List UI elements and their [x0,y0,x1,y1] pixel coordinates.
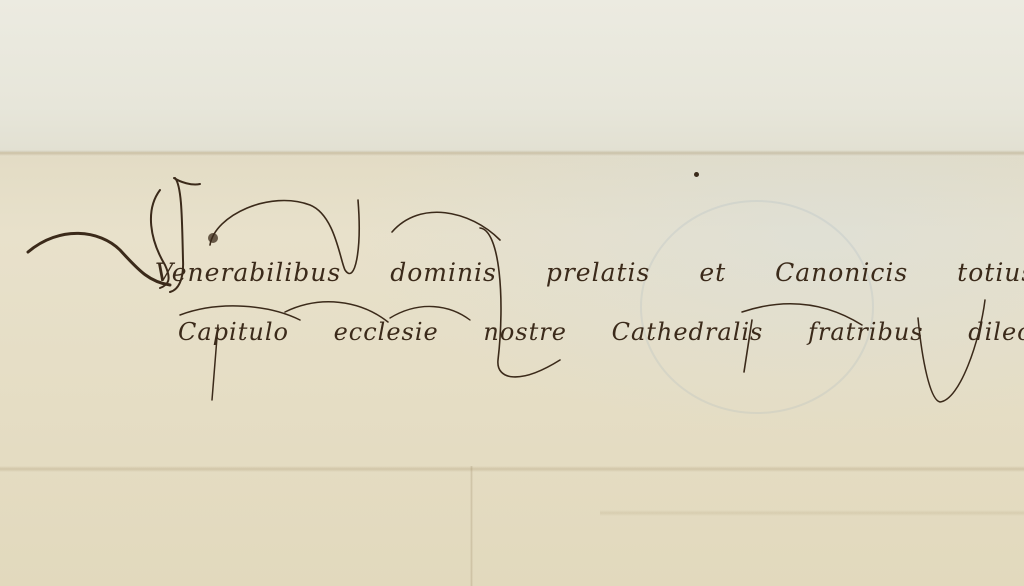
manuscript-sheet: Venerabilibus dominis prelatis et Canoni… [0,0,1024,586]
word: Canonicis [775,258,908,287]
word: totiusque [957,258,1024,287]
word: Cathedralis [612,318,764,346]
word: dominis [390,258,497,287]
address-line-2: Capitulo ecclesie nostre Cathedralis fra… [178,318,1024,346]
word: fratribus [808,318,924,346]
word: et [699,258,726,287]
word: prelatis [546,258,651,287]
calligraphic-flourishes [0,0,1024,586]
word: Capitulo [178,318,289,346]
word: dilectis [968,318,1024,346]
address-line-1: Venerabilibus dominis prelatis et Canoni… [155,258,1024,287]
word: nostre [483,318,567,346]
word: ecclesie [334,318,439,346]
word: Venerabilibus [155,258,341,287]
